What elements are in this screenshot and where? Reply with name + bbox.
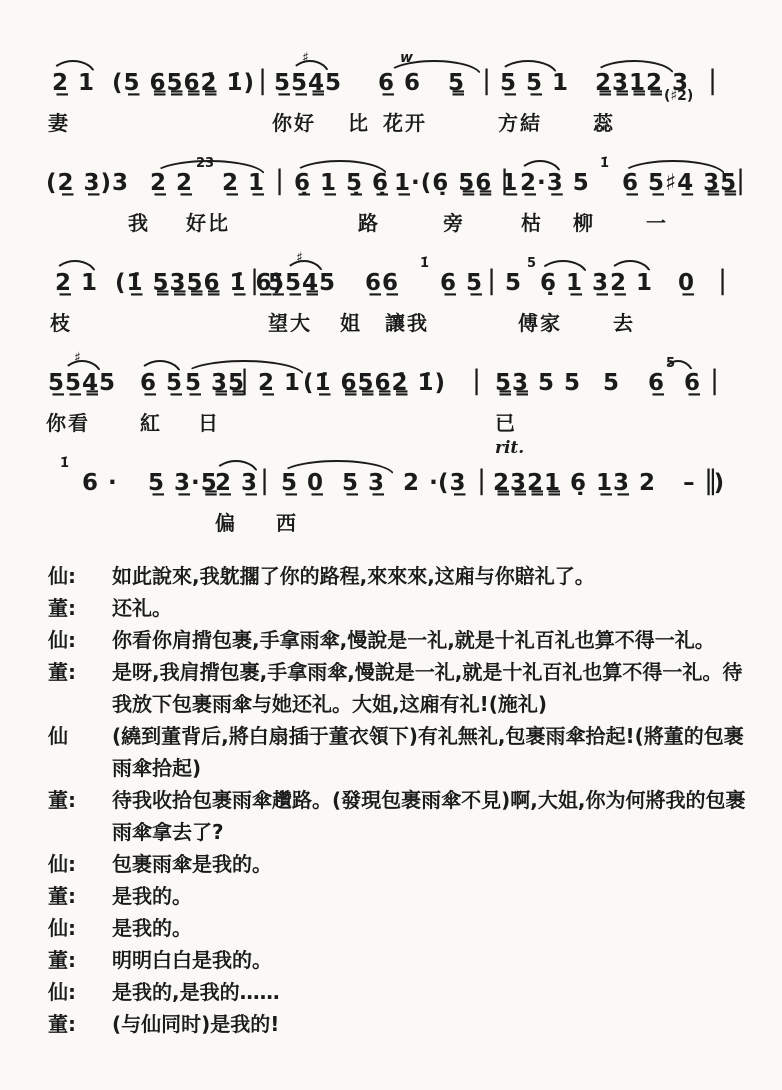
- ornament: ♯: [74, 351, 81, 365]
- barline: |: [240, 367, 249, 394]
- lyric: 好比: [186, 213, 230, 233]
- lyric: 去: [613, 313, 635, 333]
- dialogue: 仙:如此說來,我躭擱了你的路程,來來來,这廂与你賠礼了。董:还礼。仙:你看你肩揹…: [0, 556, 782, 1040]
- dialogue-row: 董:是我的。: [48, 880, 746, 912]
- notation-segment: 5: [505, 272, 522, 295]
- speaker-label: 董:: [48, 592, 112, 624]
- barline: |: [477, 467, 486, 494]
- dialogue-text: 包裹雨傘是我的。: [112, 848, 746, 880]
- slur-arc: [620, 160, 726, 176]
- dialogue-row: 仙:是我的,是我的……: [48, 976, 746, 1008]
- lyric: 西: [276, 513, 298, 533]
- barline: |: [260, 467, 269, 494]
- lyric: 花开: [383, 113, 427, 133]
- speaker-label: 董:: [48, 944, 112, 976]
- score-line: (2̲ 3̲)32̲ 2̲232̲ 1̲|6̲̣ 1̲ 5̲̣ 6̲̣1̲·(6…: [0, 156, 782, 256]
- lyric: 你看: [46, 413, 90, 433]
- notation-segment: 6̲ 5̲: [440, 272, 483, 295]
- speaker-label: 仙:: [48, 560, 112, 592]
- speaker-label: 仙:: [48, 848, 112, 880]
- slur-arc: [62, 360, 102, 376]
- barline: |: [708, 67, 717, 94]
- dialogue-row: 仙(繞到董背后,將白扇插于董衣領下)有礼無礼,包裹雨傘拾起!(將董的包裹雨傘拾起…: [48, 720, 746, 784]
- lyric: 妻: [48, 113, 70, 133]
- dialogue-row: 董:是呀,我肩揹包裹,手拿雨傘,慢說是一礼,就是十礼百礼也算不得一礼。待我放下包…: [48, 656, 746, 720]
- grace-note: 1̇: [600, 157, 609, 170]
- slur-arc: [292, 160, 388, 176]
- slur-arc: [518, 160, 562, 176]
- barline: |: [710, 367, 719, 394]
- barline: |: [718, 267, 727, 294]
- slur-arc: [284, 260, 324, 276]
- dialogue-text: 是我的,是我的……: [112, 976, 746, 1008]
- notation-segment: 5: [603, 372, 620, 395]
- lyric: 旁: [443, 213, 465, 233]
- speaker-label: 董:: [48, 880, 112, 912]
- dialogue-text: 待我收拾包裹雨傘趲路。(發現包裹雨傘不見)啊,大姐,你为何將我的包裹雨傘拿去了?: [112, 784, 746, 848]
- dialogue-row: 仙:你看你肩揹包裹,手拿雨傘,慢說是一礼,就是十礼百礼也算不得一礼。: [48, 624, 746, 656]
- lyric: 方結: [498, 113, 542, 133]
- dialogue-row: 仙:如此說來,我躭擱了你的路程,來來來,这廂与你賠礼了。: [48, 560, 746, 592]
- barline: |: [275, 167, 284, 194]
- speaker-label: 仙:: [48, 912, 112, 944]
- lyric: 偏: [215, 513, 237, 533]
- notation-segment: 2̲ 1: [258, 372, 301, 395]
- dialogue-text: (与仙同时)是我的!: [112, 1008, 746, 1040]
- speaker-label: 董:: [48, 784, 112, 848]
- lyric: 你好: [272, 113, 316, 133]
- lyric: 讓我: [385, 313, 429, 333]
- ornament: ♯: [302, 51, 309, 65]
- notation-segment: 6̲6̲: [365, 272, 399, 295]
- sheet-music-page: 2̲ 1(5̲ 6̳5̳6̳2̳̇ 1̇)|5̲5̲4̳5♯6̲ 6w5̳|5̲…: [0, 0, 782, 1090]
- tempo-marking: rit.: [495, 440, 524, 457]
- slur-arc: [138, 360, 182, 376]
- lyric: 紅: [140, 413, 162, 433]
- notation-segment: 5̳3̳ 5 5: [495, 372, 581, 395]
- lyric: 傅家: [518, 313, 562, 333]
- slur-arc: [608, 260, 652, 276]
- slur-arc: [213, 460, 259, 476]
- dialogue-row: 仙:包裹雨傘是我的。: [48, 848, 746, 880]
- slur-arc: [290, 60, 330, 76]
- score: 2̲ 1(5̲ 6̳5̳6̳2̳̇ 1̇)|5̲5̲4̳5♯6̲ 6w5̳|5̲…: [0, 0, 782, 556]
- notation-segment: (2̲ 3̲)3: [46, 172, 129, 195]
- lyric: 姐: [340, 313, 362, 333]
- dialogue-text: 是我的。: [112, 880, 746, 912]
- score-line: 2̲ 1(1̲̇ 5̳3̳5̳6̳ 1̲̇ 6̲)|5̲5̲4̳5♯6̲6̲1̇…: [0, 256, 782, 356]
- barline: ‖: [704, 467, 718, 494]
- slur-arc: [498, 60, 558, 76]
- slur-arc: [538, 260, 588, 276]
- annotation: (♯2): [664, 89, 693, 103]
- dialogue-text: (繞到董背后,將白扇插于董衣領下)有礼無礼,包裹雨傘拾起!(將董的包裹雨傘拾起): [112, 720, 746, 784]
- dialogue-row: 董:明明白白是我的。: [48, 944, 746, 976]
- lyric: 路: [358, 213, 380, 233]
- barline: |: [487, 267, 496, 294]
- lyric: 枝: [50, 313, 72, 333]
- lyric: 一: [646, 213, 668, 233]
- lyric: 日: [198, 413, 220, 433]
- dialogue-text: 是呀,我肩揹包裹,手拿雨傘,慢說是一礼,就是十礼百礼也算不得一礼。待我放下包裹雨…: [112, 656, 746, 720]
- notation-segment: 5̲ 3̲·5̳: [148, 472, 218, 495]
- barline: |: [258, 67, 267, 94]
- grace-note: 5: [527, 257, 536, 270]
- lyric: 柳: [573, 213, 595, 233]
- score-line: 5̲5̲4̳5♯6̲ 5̲5̲ 3̳5̳|2̲ 1(1̲̇ 6̳5̳6̳2̳̇ …: [0, 356, 782, 456]
- speaker-label: 董:: [48, 656, 112, 720]
- notation-segment: (1̲̇ 6̳5̳6̳2̳̇ 1̇): [303, 372, 446, 395]
- dialogue-text: 是我的。: [112, 912, 746, 944]
- speaker-label: 仙: [48, 720, 112, 784]
- barline: |: [482, 67, 491, 94]
- dialogue-row: 董:还礼。: [48, 592, 746, 624]
- score-line: 2̲ 1(5̲ 6̳5̳6̳2̳̇ 1̇)|5̲5̲4̳5♯6̲ 6w5̳|5̲…: [0, 56, 782, 156]
- notation-segment: (3̲: [438, 472, 467, 495]
- dialogue-text: 还礼。: [112, 592, 746, 624]
- speaker-label: 董:: [48, 1008, 112, 1040]
- speaker-label: 仙:: [48, 976, 112, 1008]
- dialogue-text: 如此說來,我躭擱了你的路程,來來來,这廂与你賠礼了。: [112, 560, 746, 592]
- slur-arc: [53, 260, 97, 276]
- barline: |: [500, 167, 509, 194]
- notation-segment: 0̲: [678, 272, 695, 295]
- dialogue-row: 董:(与仙同时)是我的!: [48, 1008, 746, 1040]
- barline: |: [250, 267, 259, 294]
- lyric: 望大: [268, 313, 312, 333]
- slur-arc: [279, 460, 395, 476]
- barline: |: [736, 167, 745, 194]
- lyric: 蕊: [593, 113, 615, 133]
- grace-note: 1̇: [420, 257, 429, 270]
- slur-arc: [593, 60, 675, 76]
- notation-segment: (5̲ 6̳5̳6̳2̳̇ 1̇): [112, 72, 255, 95]
- slur-arc: [50, 60, 96, 76]
- lyric: 我: [128, 213, 150, 233]
- lyric: 已: [495, 413, 517, 433]
- dialogue-text: 你看你肩揹包裹,手拿雨傘,慢說是一礼,就是十礼百礼也算不得一礼。: [112, 624, 746, 656]
- slur-arc: [152, 160, 266, 176]
- lyric: 比: [348, 113, 370, 133]
- dialogue-row: 仙:是我的。: [48, 912, 746, 944]
- dialogue-row: 董:待我收拾包裹雨傘趲路。(發現包裹雨傘不見)啊,大姐,你为何將我的包裹雨傘拿去…: [48, 784, 746, 848]
- ornament: ♯: [296, 251, 303, 265]
- lyric: 枯: [521, 213, 543, 233]
- barline: |: [472, 367, 481, 394]
- notation-segment: 6 ·: [82, 472, 118, 495]
- dialogue-text: 明明白白是我的。: [112, 944, 746, 976]
- score-line: 1̇6 ·5̲ 3̲·5̳2̲ 3̲|5̲ 0̲ 5̲ 3̲ 2 ·(3̲|2̳…: [0, 456, 782, 556]
- notation-segment: 2̳3̳2̳1̳ 6̣ 1̲3̲ 2 – ): [493, 472, 725, 495]
- speaker-label: 仙:: [48, 624, 112, 656]
- grace-note: 1̇: [60, 457, 69, 470]
